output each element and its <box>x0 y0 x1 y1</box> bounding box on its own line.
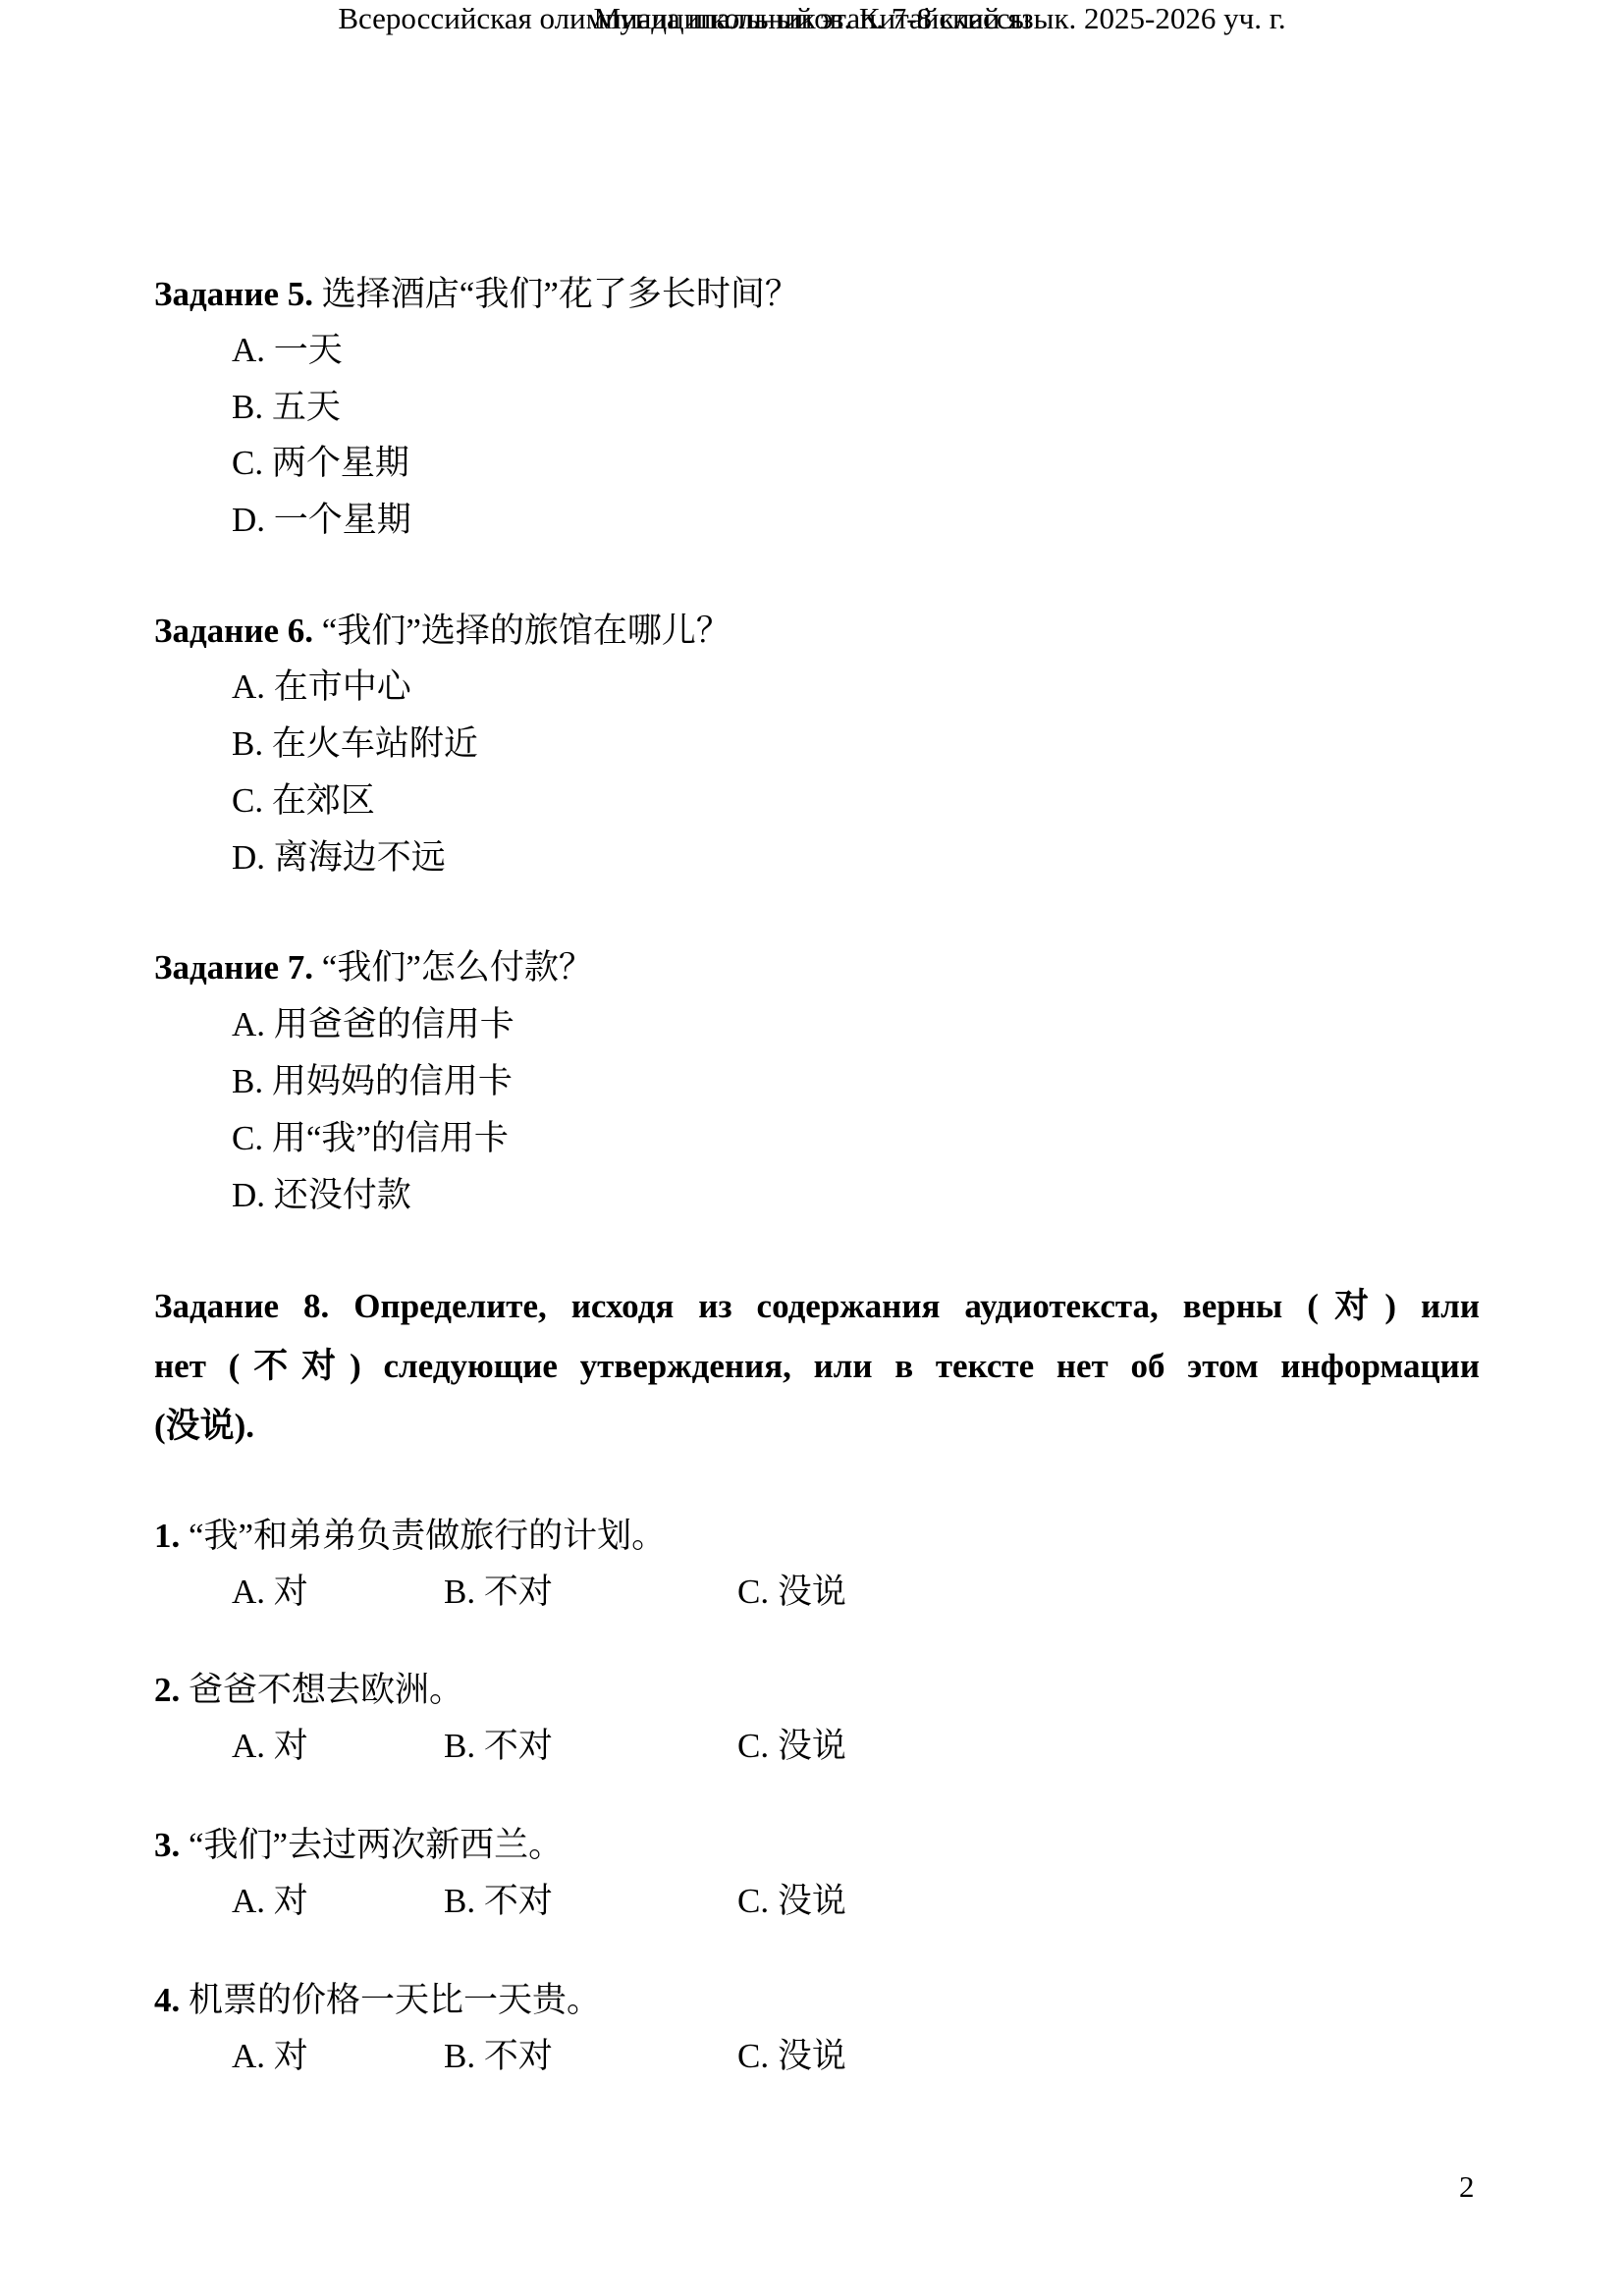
header-line-2: Муниципальный этап. 7-8 классы <box>0 0 1624 37</box>
statement-text: 爸爸不想去欧洲。 <box>180 1671 463 1709</box>
statement-1-option-c: C. 没说 <box>737 1573 846 1612</box>
statement-1: 1. “我”和弟弟负责做旅行的计划。 <box>154 1517 666 1556</box>
statement-number: 4. <box>154 1981 180 2019</box>
statement-text: “我”和弟弟负责做旅行的计划。 <box>180 1517 666 1555</box>
task-5-option-d: D. 一个星期 <box>232 501 411 540</box>
task-label: Задание 6. <box>154 612 313 650</box>
statement-4-option-c: C. 没说 <box>737 2037 846 2076</box>
statement-text: “我们”去过两次新西兰。 <box>180 1826 563 1864</box>
task-8-instructions: Задание 8. Определите, исходя из содержа… <box>154 1276 1480 1456</box>
task-7-option-b: B. 用妈妈的信用卡 <box>232 1062 513 1101</box>
task-7-option-d: D. 还没付款 <box>232 1176 411 1215</box>
statement-text: 机票的价格一天比一天贵。 <box>180 1981 601 2019</box>
task-6-question: Задание 6. “我们”选择的旅馆在哪儿？ <box>154 612 731 651</box>
statement-3-option-b: B. 不对 <box>444 1882 553 1921</box>
statement-3-option-a: A. 对 <box>232 1882 308 1921</box>
statement-number: 3. <box>154 1826 180 1864</box>
statement-2: 2. 爸爸不想去欧洲。 <box>154 1671 463 1710</box>
task-5-option-b: B. 五天 <box>232 388 341 427</box>
task-6-option-b: B. 在火车站附近 <box>232 724 478 764</box>
statement-1-option-b: B. 不对 <box>444 1573 553 1612</box>
statement-1-option-a: A. 对 <box>232 1573 308 1612</box>
task-label: Задание 7. <box>154 948 313 987</box>
task-7-question: Задание 7. “我们”怎么付款？ <box>154 948 593 988</box>
statement-2-option-c: C. 没说 <box>737 1727 846 1766</box>
statement-4: 4. 机票的价格一天比一天贵。 <box>154 1981 601 2020</box>
question-text: “我们”怎么付款？ <box>313 948 593 987</box>
statement-3: 3. “我们”去过两次新西兰。 <box>154 1826 563 1865</box>
statement-4-option-a: A. 对 <box>232 2037 308 2076</box>
task-8-line-1: Задание 8. Определите, исходя из содержа… <box>154 1276 1480 1336</box>
statement-4-option-b: B. 不对 <box>444 2037 553 2076</box>
statement-number: 1. <box>154 1517 180 1555</box>
task-5-option-c: C. 两个星期 <box>232 444 409 483</box>
task-6-option-c: C. 在郊区 <box>232 781 375 821</box>
statement-2-option-b: B. 不对 <box>444 1727 553 1766</box>
task-8-line-2: нет (不对) следующие утверждения, или в те… <box>154 1336 1480 1396</box>
statement-3-option-c: C. 没说 <box>737 1882 846 1921</box>
task-6-option-d: D. 离海边不远 <box>232 838 446 878</box>
task-label: Задание 5. <box>154 275 313 313</box>
task-6-option-a: A. 在市中心 <box>232 667 411 707</box>
page-number: 2 <box>1459 2169 1475 2205</box>
statement-2-option-a: A. 对 <box>232 1727 308 1766</box>
question-text: “我们”选择的旅馆在哪儿？ <box>313 612 731 650</box>
statement-number: 2. <box>154 1671 180 1709</box>
task-5-option-a: A. 一天 <box>232 331 343 370</box>
task-8-line-3: (没说). <box>154 1396 1480 1456</box>
task-5-question: Задание 5. 选择酒店“我们”花了多长时间？ <box>154 275 799 314</box>
task-7-option-c: C. 用“我”的信用卡 <box>232 1119 509 1158</box>
task-7-option-a: A. 用爸爸的信用卡 <box>232 1005 514 1044</box>
question-text: 选择酒店“我们”花了多长时间？ <box>313 275 799 313</box>
